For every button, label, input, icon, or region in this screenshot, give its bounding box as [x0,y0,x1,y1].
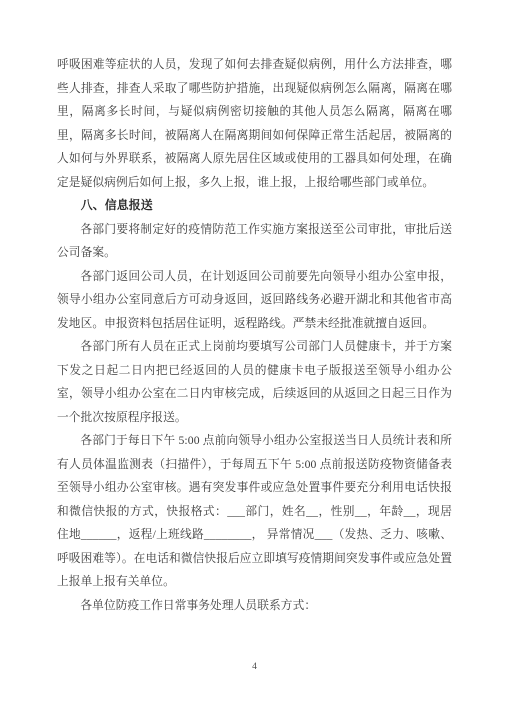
paragraph-daily-reporting: 各部门于每日下午 5:00 点前向领导小组办公室报送当日人员统计表和所有人员体温… [57,429,452,594]
paragraph-quarantine-continuation: 呼吸困难等症状的人员，发现了如何去排查疑似病例，用什么方法排查，哪些人排查，排查… [57,53,452,194]
paragraph-plan-submission: 各部门要将制定好的疫情防范工作实施方案报送至公司审批，审批后送公司备案。 [57,218,452,265]
document-page: 呼吸困难等症状的人员，发现了如何去排查疑似病例，用什么方法排查，哪些人排查，排查… [0,0,509,720]
section-heading-info-report: 八、信息报送 [57,194,452,218]
document-body: 呼吸困难等症状的人员，发现了如何去排查疑似病例，用什么方法排查，哪些人排查，排查… [57,53,452,617]
paragraph-health-card: 各部门所有人员在正式上岗前均要填写公司部门人员健康卡，并于方案下发之日起二日内把… [57,335,452,429]
page-number: 4 [0,661,509,673]
paragraph-contact-list: 各单位防疫工作日常事务处理人员联系方式： [57,594,452,618]
paragraph-return-approval: 各部门返回公司人员，在计划返回公司前要先向领导小组办公室申报，领导小组办公室同意… [57,265,452,336]
